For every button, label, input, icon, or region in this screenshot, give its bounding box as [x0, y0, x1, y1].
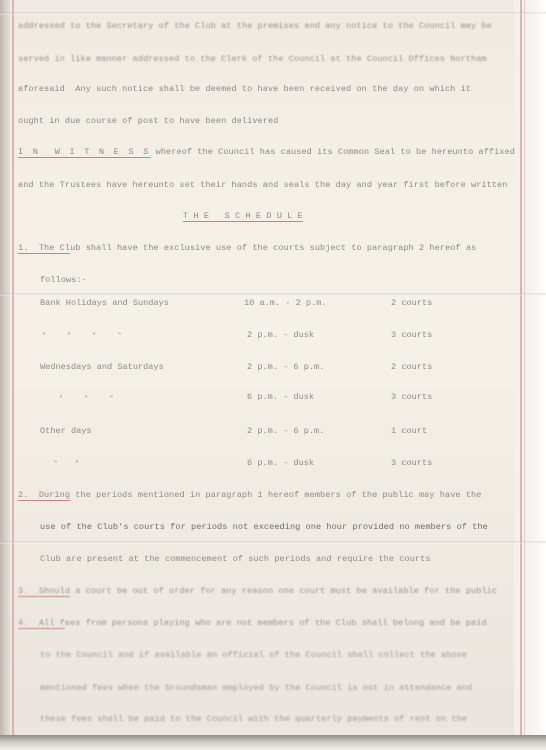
text-line: and the Trustees have hereunto set their…: [18, 180, 507, 190]
table-cell-days: Bank Holidays and Sundays: [40, 298, 169, 308]
text-line: mentioned fees when the Groundsman emplo…: [40, 683, 472, 693]
page-right-edge: [514, 0, 546, 750]
paragraph-text: ees from persons playing who are not mem…: [65, 618, 487, 628]
paragraph-number: 2. During: [18, 490, 70, 500]
text-line: Club are present at the commencement of …: [40, 554, 431, 564]
paper-fold: [0, 12, 546, 15]
table-cell-hours: 6 p.m. - dusk: [247, 458, 314, 468]
table-cell-hours: 2 p.m. - 6 p.m.: [247, 362, 324, 372]
schedule-title: T H E S C H E D U L E: [183, 211, 303, 221]
table-cell-hours: 2 p.m. - 6 p.m.: [247, 426, 324, 436]
page-left-edge: [0, 0, 10, 750]
witness-clause: I N W I T N E S S whereof the Council ha…: [18, 147, 515, 157]
text-line: use of the Club's courts for periods not…: [40, 522, 488, 532]
table-cell-hours: 2 p.m. - dusk: [247, 330, 314, 340]
paragraph-4: 4. All fees from persons playing who are…: [18, 618, 487, 628]
text-line: served in like manner addressed to the C…: [18, 54, 487, 64]
paragraph-number: 4. All f: [18, 618, 65, 628]
witness-text: whereof the Council has caused its Commo…: [150, 147, 515, 157]
table-cell-days: " " ": [52, 395, 113, 402]
text-line: to the Council and if available an offic…: [40, 650, 467, 660]
paragraph-1: 1. The Club shall have the exclusive use…: [18, 243, 476, 253]
text-line: aforesaid Any such notice shall be deeme…: [18, 84, 471, 94]
paragraph-2: 2. During the periods mentioned in parag…: [18, 490, 481, 500]
text-line: addressed to the Secretary of the Club a…: [18, 21, 492, 31]
table-cell-courts: 1 court: [391, 426, 427, 436]
table-cell-courts: 3 courts: [391, 330, 432, 340]
paragraph-text: ub shall have the exclusive use of the c…: [70, 243, 476, 253]
paragraph-text: a court be out of order for any reason o…: [70, 586, 497, 596]
table-cell-days: Other days: [40, 426, 92, 436]
table-cell-hours: 10 a.m. - 2 p.m.: [244, 298, 327, 308]
right-margin-rule: [520, 0, 522, 735]
text-line: ought in due course of post to have been…: [18, 116, 278, 126]
table-cell-days: " " " ": [42, 332, 121, 339]
paragraph-text: the periods mentioned in paragraph 1 her…: [70, 490, 481, 500]
paper-fold: [0, 293, 546, 296]
table-cell-hours: 6 p.m. - dusk: [247, 392, 314, 402]
table-cell-courts: 3 courts: [391, 458, 432, 468]
table-cell-days: Wednesdays and Saturdays: [40, 362, 164, 372]
document-page: addressed to the Secretary of the Club a…: [0, 0, 546, 750]
table-cell-courts: 2 courts: [391, 362, 432, 372]
paragraph-3: 3. Should a court be out of order for an…: [18, 586, 497, 596]
paper-fold: [0, 541, 546, 544]
witness-heading: I N W I T N E S S: [18, 147, 150, 157]
text-line: follows:-: [40, 275, 87, 285]
page-bottom-edge: [0, 735, 546, 750]
right-margin-rule-inner: [524, 0, 525, 735]
table-cell-courts: 2 courts: [391, 298, 432, 308]
paragraph-number: 1. The Cl: [18, 243, 70, 253]
left-margin-rule: [12, 0, 14, 735]
paragraph-number: 3. Should: [18, 586, 70, 596]
table-cell-days: " ": [50, 460, 79, 467]
text-line: these fees shall be paid to the Council …: [40, 714, 467, 724]
table-cell-courts: 3 courts: [391, 392, 432, 402]
